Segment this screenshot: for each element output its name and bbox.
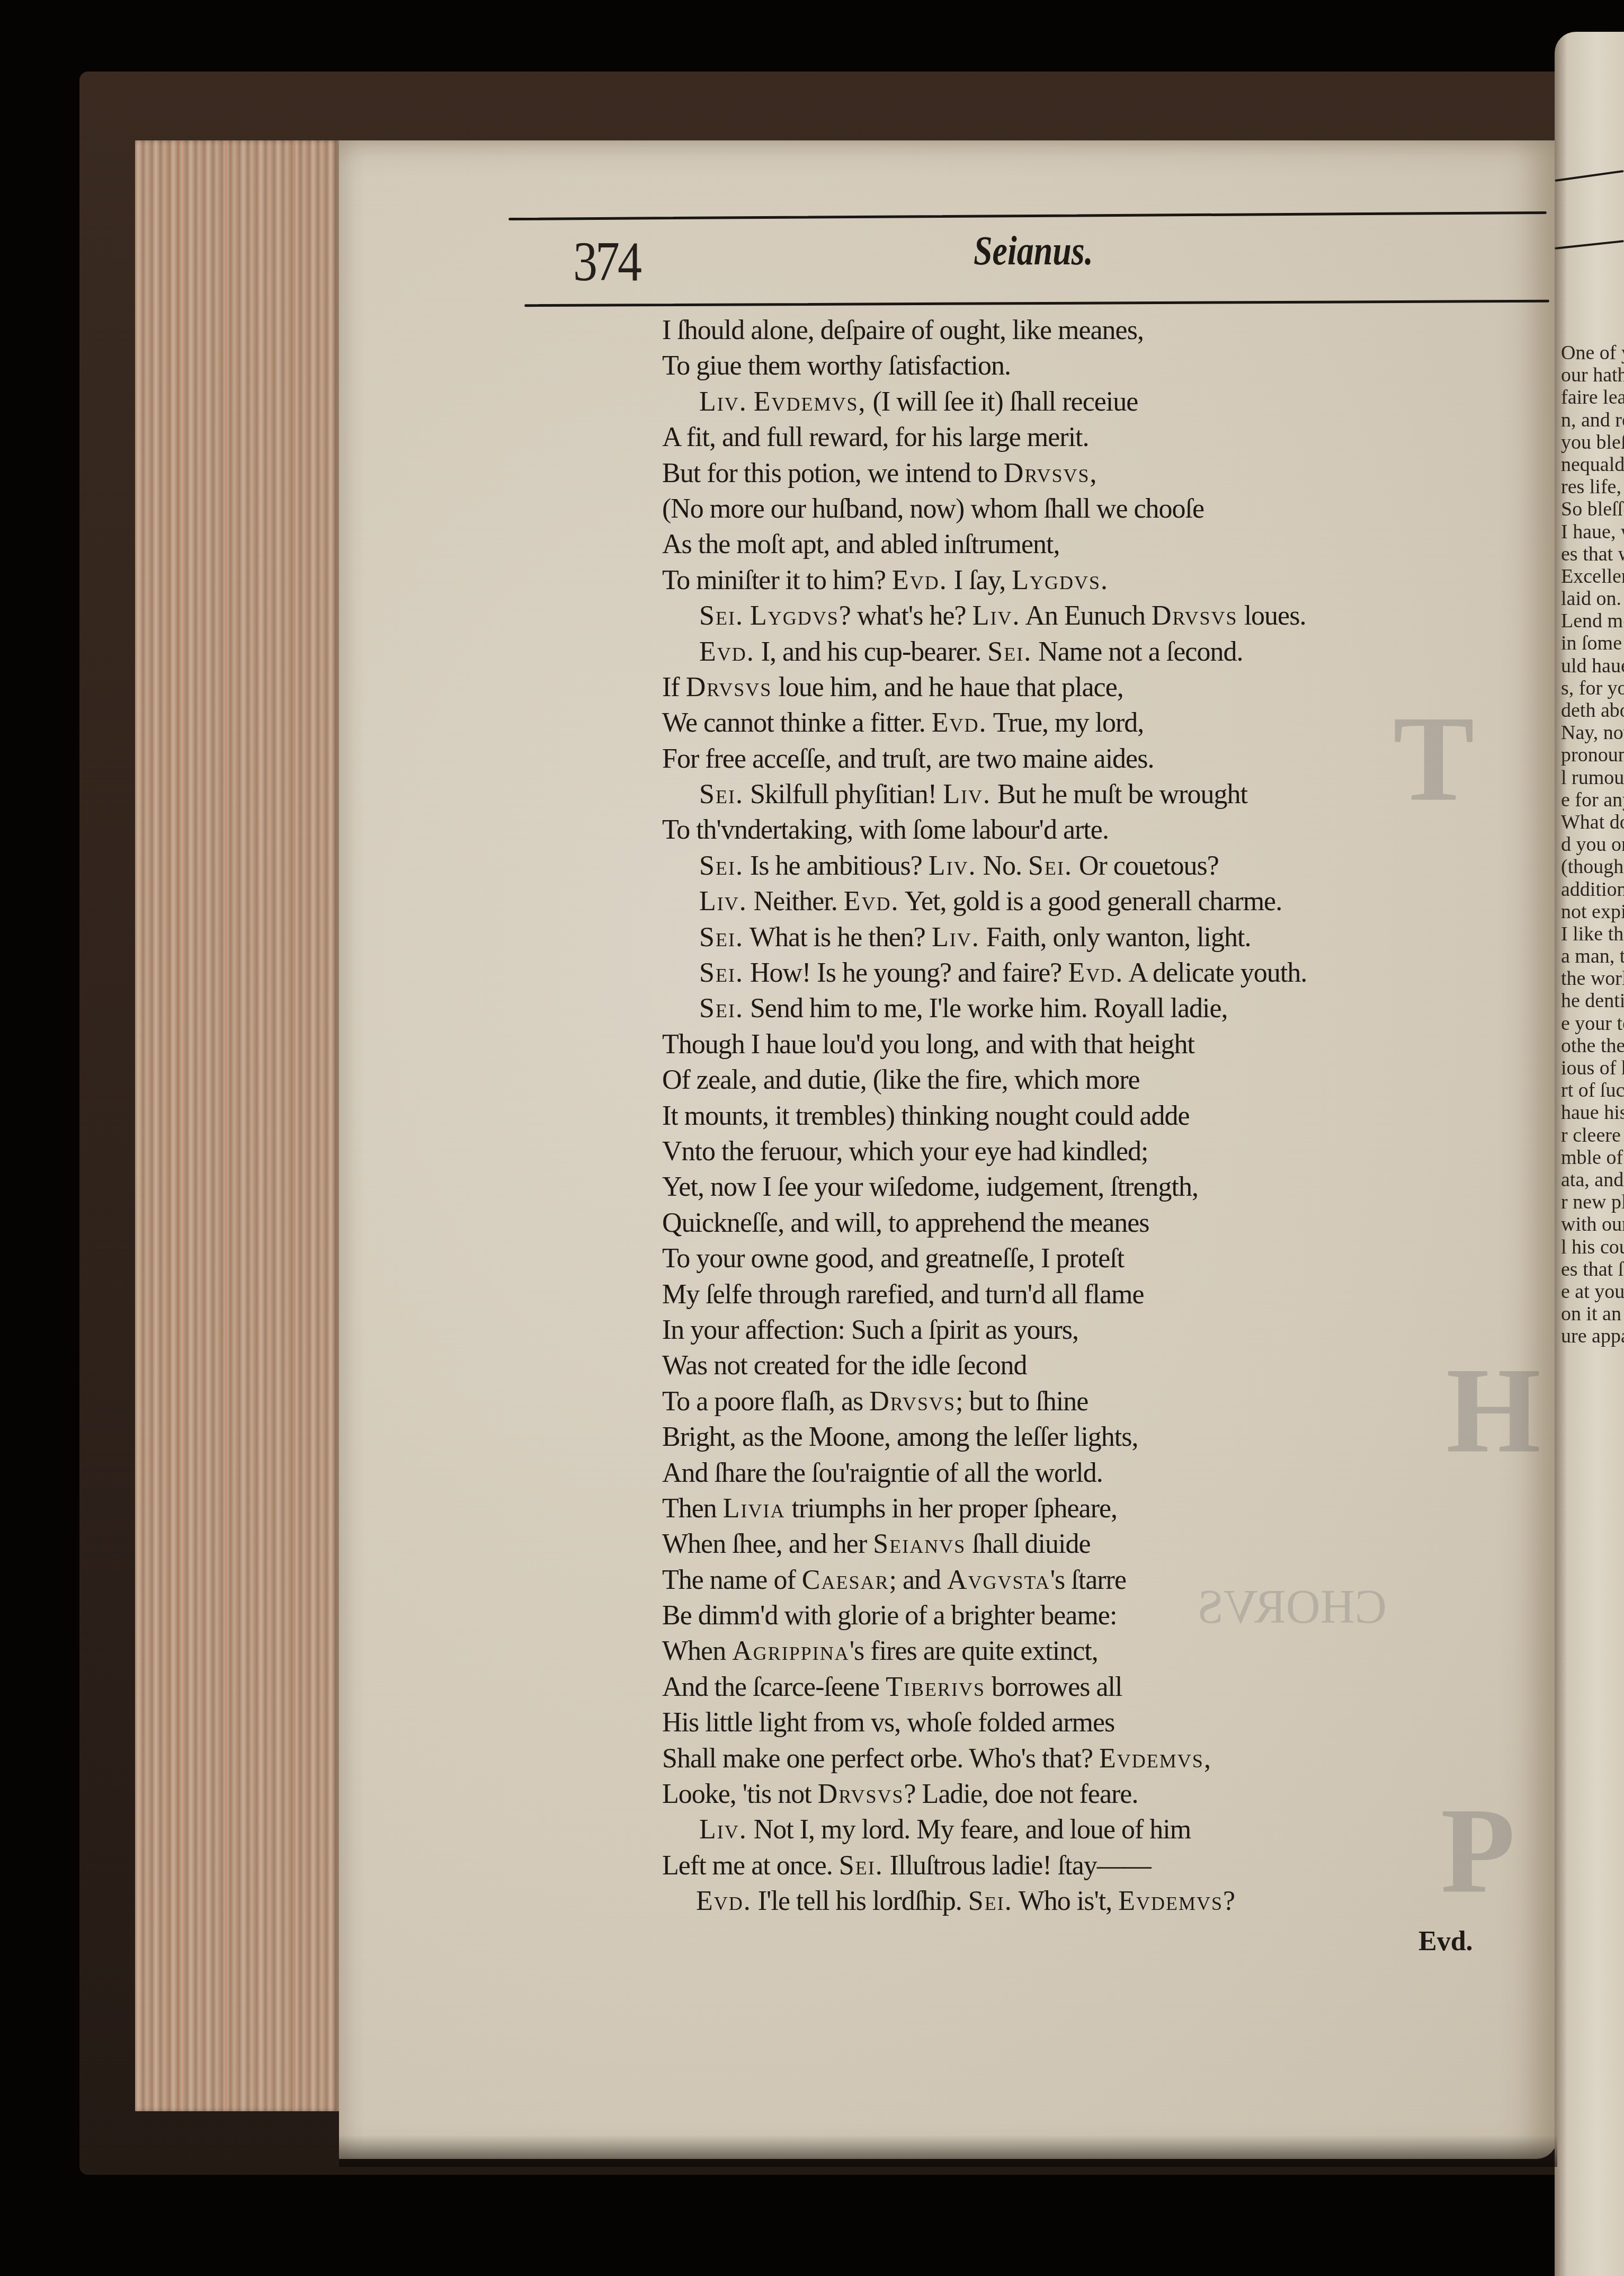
- facing-line: pronounc'd, i: [1561, 744, 1624, 766]
- text-line: Bright, as the Moone, among the leſſer l…: [662, 1419, 1563, 1455]
- facing-line: our hath ſent fo: [1561, 364, 1624, 386]
- line-text: ?: [1223, 1886, 1235, 1916]
- speaker-or-name: Sei.: [699, 958, 744, 988]
- speaker-or-name: Sei.: [699, 851, 744, 881]
- line-text: Who is't,: [1013, 1886, 1119, 1916]
- text-line: In your affection: Such a ſpirit as your…: [662, 1312, 1563, 1348]
- line-text: When: [662, 1636, 732, 1666]
- facing-line: addition will a: [1561, 878, 1624, 901]
- text-line: A fit, and full reward, for his large me…: [662, 420, 1563, 455]
- text-line: But for this potion, we intend to Drvsvs…: [662, 456, 1563, 491]
- line-text: Left me at once.: [662, 1851, 839, 1881]
- facing-line: ure appa: [1561, 1325, 1624, 1347]
- line-text: My ſelfe through rarefied, and turn'd al…: [662, 1279, 1144, 1310]
- line-text: Illuſtrous ladie! ſtay——: [884, 1851, 1151, 1881]
- text-line: And ſhare the ſou'raigntie of all the wo…: [662, 1455, 1563, 1491]
- speaker-or-name: Evdemvs,: [754, 387, 867, 417]
- text-line: If Drvsvs loue him, and he haue that pla…: [662, 670, 1563, 705]
- speaker-or-name: Avgvsta: [947, 1565, 1050, 1595]
- line-text: Quickneſſe, and will, to apprehend the m…: [662, 1208, 1149, 1238]
- text-line: His little light from vs, whoſe folded a…: [662, 1705, 1563, 1740]
- line-text: Name not a ſecond.: [1032, 637, 1243, 667]
- line-text: Looke, 'tis not: [662, 1779, 818, 1809]
- speaker-or-name: Liv.: [932, 922, 980, 953]
- speaker-or-name: Liv.: [699, 886, 747, 917]
- text-line: Left me at once. Sei. Illuſtrous ladie! …: [662, 1848, 1563, 1883]
- edge-stain: [177, 140, 179, 2111]
- line-text: [744, 601, 750, 631]
- line-text: For free acceſſe, and truſt, are two mai…: [662, 744, 1154, 774]
- text-line: Liv. Neither. Evd. Yet, gold is a good g…: [662, 884, 1563, 919]
- line-text: To miniſter it to him?: [662, 565, 892, 595]
- speaker-or-name: Evd.: [696, 1886, 752, 1916]
- line-text: Bright, as the Moone, among the leſſer l…: [662, 1422, 1138, 1452]
- facing-line: he dentifrice, I: [1561, 990, 1624, 1012]
- facing-line: in ſome little ta: [1561, 632, 1624, 654]
- line-text: Of zeale, and dutie, (like the fire, whi…: [662, 1065, 1140, 1095]
- line-text: ? Ladie, doe not feare.: [904, 1779, 1138, 1809]
- line-text: To your owne good, and greatneſſe, I pro…: [662, 1243, 1124, 1274]
- line-text: (I will ſee it) ſhall receiue: [867, 387, 1138, 417]
- text-line: Liv. Evdemvs, (I will ſee it) ſhall rece…: [662, 384, 1563, 420]
- facing-line: haue his: who.: [1561, 1101, 1624, 1124]
- facing-line: l his councels?: [1561, 1236, 1624, 1258]
- text-line: Was not created for the idle ſecond: [662, 1348, 1563, 1383]
- speaker-or-name: Lygdvs.: [1012, 565, 1109, 595]
- facing-line: e your teeth, a: [1561, 1012, 1624, 1035]
- line-text: [747, 387, 754, 417]
- line-text: Though I haue lou'd you long, and with t…: [662, 1029, 1194, 1060]
- text-line: To miniſter it to him? Evd. I ſay, Lygdv…: [662, 563, 1563, 598]
- line-text: ; but to ſhine: [956, 1386, 1088, 1417]
- line-text: An Eunuch: [1020, 601, 1152, 631]
- speaker-or-name: Evd.: [844, 886, 899, 917]
- facing-line: e at your high: [1561, 1281, 1624, 1303]
- facing-page-text: One of your loour hath ſent fofaire leau…: [1561, 342, 1624, 1347]
- speaker-or-name: Liv.: [943, 779, 991, 810]
- line-text: But he muſt be wrought: [991, 779, 1247, 810]
- text-line: And the ſcarce-ſeene Tiberivs borrowes a…: [662, 1669, 1563, 1705]
- speaker-or-name: Drvsvs,: [1004, 458, 1098, 488]
- text-line: We cannot thinke a fitter. Evd. True, my…: [662, 705, 1563, 741]
- text-line: To your owne good, and greatneſſe, I pro…: [662, 1241, 1563, 1276]
- facing-line: faire leaue, dea: [1561, 386, 1624, 408]
- speaker-or-name: Sei.: [968, 1886, 1013, 1916]
- speaker-or-name: Drvsvs: [869, 1386, 956, 1417]
- page-bottom-shadow: [339, 2135, 1557, 2167]
- facing-line: Nay, now yo: [1561, 722, 1624, 744]
- line-text: Skilfull phyſitian!: [744, 779, 943, 810]
- facing-line: laid on. Liv.: [1561, 588, 1624, 610]
- line-text: What is he then?: [744, 922, 932, 953]
- line-text: ; and: [889, 1565, 947, 1595]
- line-text: True, my lord,: [987, 708, 1144, 738]
- line-text: Shall make one perfect orbe. Who's that?: [662, 1744, 1099, 1774]
- facing-line: I haue, with w: [1561, 521, 1624, 543]
- facing-line: ious of her fo: [1561, 1057, 1624, 1079]
- facing-line: mble of his bed: [1561, 1146, 1624, 1169]
- line-text: triumphs in her proper ſpheare,: [786, 1493, 1117, 1524]
- line-text: As the moſt apt, and abled inſtrument,: [662, 529, 1060, 559]
- speaker-or-name: Drvsvs: [818, 1779, 904, 1809]
- speaker-or-name: Caesar: [802, 1565, 889, 1595]
- facing-line: So bleſſed, my F: [1561, 498, 1624, 520]
- text-line: Evd. I'le tell his lordſhip. Sei. Who is…: [662, 1883, 1563, 1919]
- facing-line: ata, and mad: [1561, 1169, 1624, 1191]
- speaker-or-name: Liv.: [929, 851, 977, 881]
- line-text: I, and his cup-bearer.: [755, 637, 987, 667]
- text-line: I ſhould alone, deſpaire of ought, like …: [662, 313, 1563, 348]
- line-text: Send him to me, I'le worke him. Royall l…: [744, 993, 1228, 1024]
- line-text: How! Is he young? and faire?: [744, 958, 1068, 988]
- text-line: Shall make one perfect orbe. Who's that?…: [662, 1741, 1563, 1776]
- line-text: Is he ambitious?: [744, 851, 929, 881]
- play-text: I ſhould alone, deſpaire of ought, like …: [662, 313, 1563, 1919]
- line-text: Vnto the feruour, which your eye had kin…: [662, 1136, 1148, 1167]
- line-text: Faith, only wanton, light.: [980, 922, 1251, 953]
- speaker-or-name: Sei.: [1028, 851, 1073, 881]
- running-title: Seianus.: [974, 227, 1093, 274]
- text-line: Be dimm'd with glorie of a brighter beam…: [662, 1598, 1563, 1633]
- facing-line: es that ſucceed: [1561, 1258, 1624, 1281]
- speaker-or-name: Lygdvs: [750, 601, 839, 631]
- line-text: His little light from vs, whoſe folded a…: [662, 1708, 1114, 1738]
- text-line: Quickneſſe, and will, to apprehend the m…: [662, 1205, 1563, 1241]
- speaker-or-name: Evdemvs: [1118, 1886, 1223, 1916]
- line-text: loue him, and he haue that place,: [772, 672, 1123, 703]
- facing-line: not expiate?: [1561, 901, 1624, 923]
- speaker-or-name: Liv.: [699, 1815, 747, 1845]
- speaker-or-name: Liv.: [699, 387, 747, 417]
- line-text: If: [662, 672, 686, 703]
- facing-line: s, for your loue: [1561, 677, 1624, 699]
- text-line: The name of Caesar; and Avgvsta's ſtarre: [662, 1562, 1563, 1598]
- facing-line: n, and returne.: [1561, 409, 1624, 431]
- line-text: A fit, and full reward, for his large me…: [662, 422, 1089, 452]
- text-line: As the moſt apt, and abled inſtrument,: [662, 527, 1563, 562]
- line-text: loues.: [1238, 601, 1306, 631]
- facing-line: What doe yo: [1561, 811, 1624, 833]
- speaker-or-name: Evdemvs,: [1099, 1744, 1212, 1774]
- line-text: We cannot thinke a fitter.: [662, 708, 932, 738]
- line-text: And ſhare the ſou'raigntie of all the wo…: [662, 1458, 1103, 1488]
- line-text: Yet, now I ſee your wiſedome, iudgement,…: [662, 1172, 1198, 1202]
- line-text: 's fires are quite extinct,: [850, 1636, 1098, 1666]
- line-text: Not I, my lord. My feare, and loue of hi…: [747, 1815, 1191, 1845]
- line-text: I'le tell his lordſhip.: [752, 1886, 968, 1916]
- line-text: To a poore flaſh, as: [662, 1386, 869, 1417]
- facing-rule-bottom: [1555, 240, 1624, 250]
- facing-line: res life, and voi: [1561, 476, 1624, 498]
- text-line: Sei. What is he then? Liv. Faith, only w…: [662, 920, 1563, 955]
- facing-line: l rumour; an: [1561, 767, 1624, 789]
- line-text: No.: [976, 851, 1028, 881]
- facing-line: you bleſt in the f: [1561, 431, 1624, 454]
- line-text: Was not created for the idle ſecond: [662, 1350, 1027, 1381]
- text-line: (No more our huſband, now) whom ſhall we…: [662, 491, 1563, 527]
- line-text: Yet, gold is a good generall charme.: [899, 886, 1282, 917]
- text-line: Sei. Lygdvs? what's he? Liv. An Eunuch D…: [662, 598, 1563, 634]
- page-number: 374: [573, 229, 640, 294]
- text-line: Sei. Is he ambitious? Liv. No. Sei. Or c…: [662, 848, 1563, 884]
- edge-stain: [294, 140, 296, 2111]
- facing-line: deth aboue Cv: [1561, 699, 1624, 722]
- text-line: Of zeale, and dutie, (like the fire, whi…: [662, 1062, 1563, 1098]
- speaker-or-name: Sei.: [987, 637, 1032, 667]
- line-text: In your affection: Such a ſpirit as your…: [662, 1315, 1078, 1345]
- line-text: Then: [662, 1493, 723, 1524]
- text-line: Liv. Not I, my lord. My feare, and loue …: [662, 1812, 1563, 1847]
- facing-line: on it an act,: [1561, 1303, 1624, 1325]
- text-line: It mounts, it trembles) thinking nought …: [662, 1098, 1563, 1134]
- facing-line: a man, that co: [1561, 945, 1624, 967]
- catchword: Evd.: [1418, 1926, 1473, 1957]
- speaker-or-name: Evd.: [932, 708, 987, 738]
- edge-stain: [225, 140, 227, 2111]
- facing-line: One of your lo: [1561, 342, 1624, 364]
- speaker-or-name: Evd.: [1068, 958, 1123, 988]
- text-line: Vnto the feruour, which your eye had kin…: [662, 1134, 1563, 1169]
- text-line: When ſhee, and her Seianvs ſhall diuide: [662, 1526, 1563, 1562]
- text-line: When Agrippina's fires are quite extinct…: [662, 1633, 1563, 1669]
- text-line: Sei. How! Is he young? and faire? Evd. A…: [662, 955, 1563, 991]
- line-text: And the ſcarce-ſeene: [662, 1672, 886, 1702]
- line-text: Or couetous?: [1073, 851, 1219, 881]
- text-line: My ſelfe through rarefied, and turn'd al…: [662, 1277, 1563, 1312]
- text-line: Yet, now I ſee your wiſedome, iudgement,…: [662, 1169, 1563, 1205]
- facing-rule-top: [1555, 170, 1623, 182]
- speaker-or-name: Tiberivs: [886, 1672, 985, 1702]
- facing-line: othe the ſkin:: [1561, 1035, 1624, 1057]
- speaker-or-name: Sei.: [699, 922, 744, 953]
- line-text: It mounts, it trembles) thinking nought …: [662, 1101, 1190, 1131]
- line-text: (No more our huſband, now) whom ſhall we…: [662, 494, 1204, 524]
- facing-line: r new pleaſure: [1561, 1191, 1624, 1213]
- facing-line: e for any ladie: [1561, 789, 1624, 811]
- text-line: For free acceſſe, and truſt, are two mai…: [662, 741, 1563, 777]
- facing-line: with our hate o: [1561, 1213, 1624, 1235]
- page-stack-edge: [135, 140, 339, 2111]
- text-line: Though I haue lou'd you long, and with t…: [662, 1027, 1563, 1062]
- facing-line: uld haue vs'd of: [1561, 655, 1624, 677]
- facing-line: es that wrough: [1561, 543, 1624, 565]
- facing-line: rt of ſuch a pe: [1561, 1079, 1624, 1101]
- speaker-or-name: Liv.: [972, 601, 1021, 631]
- line-text: A delicate youth.: [1123, 958, 1307, 988]
- line-text: 's ſtarre: [1050, 1565, 1126, 1595]
- text-line: Then Livia triumphs in her proper ſphear…: [662, 1491, 1563, 1526]
- text-line: Evd. I, and his cup-bearer. Sei. Name no…: [662, 634, 1563, 670]
- text-line: Sei. Skilfull phyſitian! Liv. But he muſ…: [662, 777, 1563, 812]
- speaker-or-name: Sei.: [839, 1851, 884, 1881]
- line-text: When ſhee, and her: [662, 1529, 873, 1559]
- speaker-or-name: Sei.: [699, 993, 744, 1024]
- facing-line: (though ne': [1561, 856, 1624, 878]
- line-text: To giue them worthy ſatisfaction.: [662, 351, 1011, 381]
- text-line: Looke, 'tis not Drvsvs? Ladie, doe not f…: [662, 1776, 1563, 1812]
- facing-line: r cleere eye, hat: [1561, 1124, 1624, 1146]
- line-text: But for this potion, we intend to: [662, 458, 1004, 488]
- line-text: I ſay,: [948, 565, 1012, 595]
- line-text: To th'vndertaking, with ſome labour'd ar…: [662, 815, 1109, 845]
- facing-line: nequald man, th: [1561, 454, 1624, 476]
- facing-line: I like this ſtu: [1561, 923, 1624, 945]
- facing-line: the world. (: [1561, 967, 1624, 990]
- facing-line: Lend me your: [1561, 610, 1624, 632]
- facing-page-curl: One of your loour hath ſent fofaire leau…: [1555, 32, 1624, 2276]
- text-line: To th'vndertaking, with ſome labour'd ar…: [662, 812, 1563, 848]
- text-line: To giue them worthy ſatisfaction.: [662, 348, 1563, 384]
- line-text: Neither.: [747, 886, 844, 917]
- speaker-or-name: Evd.: [892, 565, 948, 595]
- text-line: Sei. Send him to me, I'le worke him. Roy…: [662, 991, 1563, 1026]
- line-text: ſhall diuide: [966, 1529, 1090, 1559]
- text-line: To a poore flaſh, as Drvsvs; but to ſhin…: [662, 1384, 1563, 1419]
- line-text: ? what's he?: [839, 601, 972, 631]
- speaker-or-name: Evd.: [699, 637, 755, 667]
- speaker-or-name: Agrippina: [732, 1636, 850, 1666]
- facing-line: d you ore with: [1561, 833, 1624, 856]
- speaker-or-name: Livia: [723, 1493, 786, 1524]
- line-text: The name of: [662, 1565, 802, 1595]
- speaker-or-name: Sei.: [699, 601, 744, 631]
- speaker-or-name: Seianvs: [873, 1529, 966, 1559]
- line-text: I ſhould alone, deſpaire of ought, like …: [662, 315, 1144, 345]
- speaker-or-name: Drvsvs: [686, 672, 772, 703]
- facing-line: Excellent cleere: [1561, 565, 1624, 588]
- line-text: borrowes all: [985, 1672, 1122, 1702]
- speaker-or-name: Sei.: [699, 779, 744, 810]
- speaker-or-name: Drvsvs: [1152, 601, 1238, 631]
- line-text: Be dimm'd with glorie of a brighter beam…: [662, 1601, 1117, 1631]
